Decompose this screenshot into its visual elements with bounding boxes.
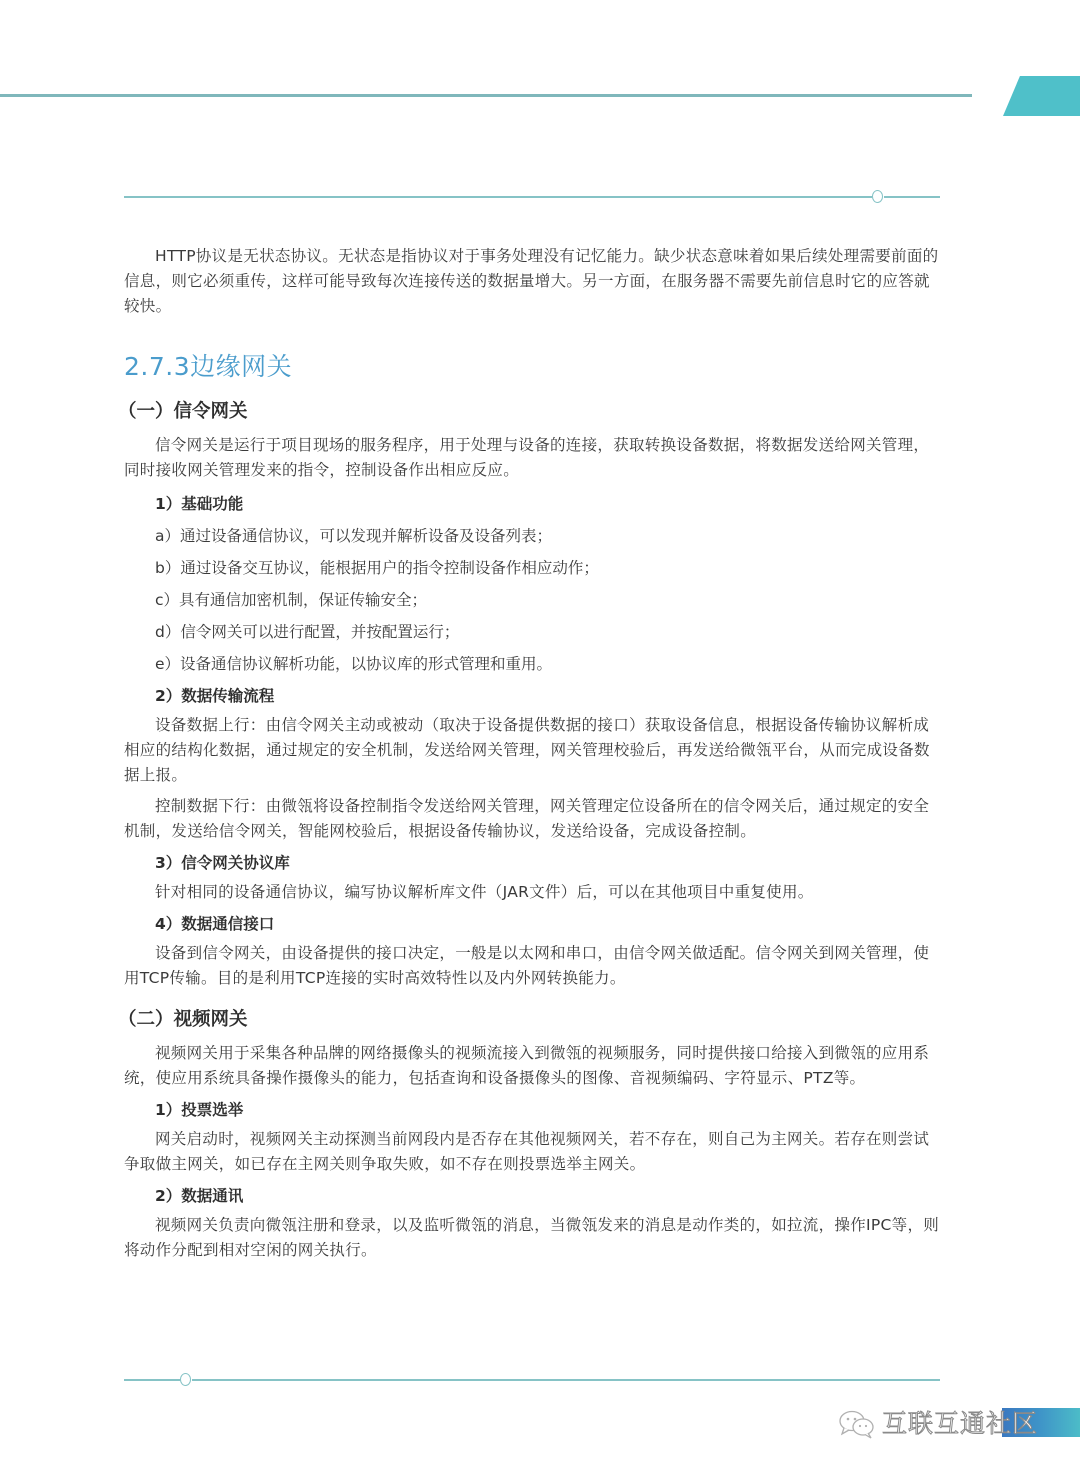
item-title: 3）信令网关协议库 — [124, 850, 940, 876]
list-item: c）具有通信加密机制，保证传输安全； — [124, 587, 940, 613]
section-title: 2.7.3边缘网关 — [124, 347, 940, 387]
subsection-title-signaling: （一）信令网关 — [118, 397, 940, 427]
intro-paragraph: HTTP协议是无状态协议。无状态是指协议对于事务处理没有记忆能力。缺少状态意味着… — [124, 244, 940, 319]
list-item: a）通过设备通信协议，可以发现并解析设备及设备列表； — [124, 523, 940, 549]
item-title: 2）数据通讯 — [124, 1183, 940, 1209]
watermark-text: 互联互通社区 — [882, 1409, 1038, 1439]
wechat-icon — [838, 1409, 876, 1439]
header-tab-decoration — [1003, 76, 1080, 116]
item-title: 2）数据传输流程 — [124, 683, 940, 709]
list-item: e）设备通信协议解析功能，以协议库的形式管理和重用。 — [124, 651, 940, 677]
item-title: 4）数据通信接口 — [124, 911, 940, 937]
top-divider-line — [124, 196, 872, 198]
paragraph: 控制数据下行：由微瓴将设备控制指令发送给网关管理，网关管理定位设备所在的信令网关… — [124, 794, 940, 844]
list-item: d）信令网关可以进行配置，并按配置运行； — [124, 619, 940, 645]
bottom-divider-circle — [180, 1373, 191, 1386]
bottom-divider-line — [192, 1379, 940, 1381]
paragraph: 视频网关负责向微瓴注册和登录，以及监听微瓴的消息，当微瓴发来的消息是动作类的，如… — [124, 1213, 940, 1263]
header-rule — [0, 94, 972, 97]
top-divider-line-end — [884, 196, 940, 198]
paragraph: 针对相同的设备通信协议，编写协议解析库文件（JAR文件）后，可以在其他项目中重复… — [124, 880, 940, 905]
subsection-title-video: （二）视频网关 — [118, 1005, 940, 1035]
top-divider-circle — [872, 190, 883, 203]
paragraph: 设备数据上行：由信令网关主动或被动（取决于设备提供数据的接口）获取设备信息，根据… — [124, 713, 940, 788]
paragraph: 设备到信令网关，由设备提供的接口决定，一般是以太网和串口，由信令网关做适配。信令… — [124, 941, 940, 991]
item-title: 1）投票选举 — [124, 1097, 940, 1123]
item-title: 1）基础功能 — [124, 491, 940, 517]
footer-watermark: 互联互通社区 — [838, 1408, 1038, 1440]
list-item: b）通过设备交互协议，能根据用户的指令控制设备作相应动作； — [124, 555, 940, 581]
page-content: HTTP协议是无状态协议。无状态是指协议对于事务处理没有记忆能力。缺少状态意味着… — [124, 244, 940, 1263]
subsection-intro: 信令网关是运行于项目现场的服务程序，用于处理与设备的连接，获取转换设备数据，将数… — [124, 433, 940, 483]
bottom-divider-line-start — [124, 1379, 180, 1381]
subsection-intro: 视频网关用于采集各种品牌的网络摄像头的视频流接入到微瓴的视频服务，同时提供接口给… — [124, 1041, 940, 1091]
paragraph: 网关启动时，视频网关主动探测当前网段内是否存在其他视频网关，若不存在，则自己为主… — [124, 1127, 940, 1177]
